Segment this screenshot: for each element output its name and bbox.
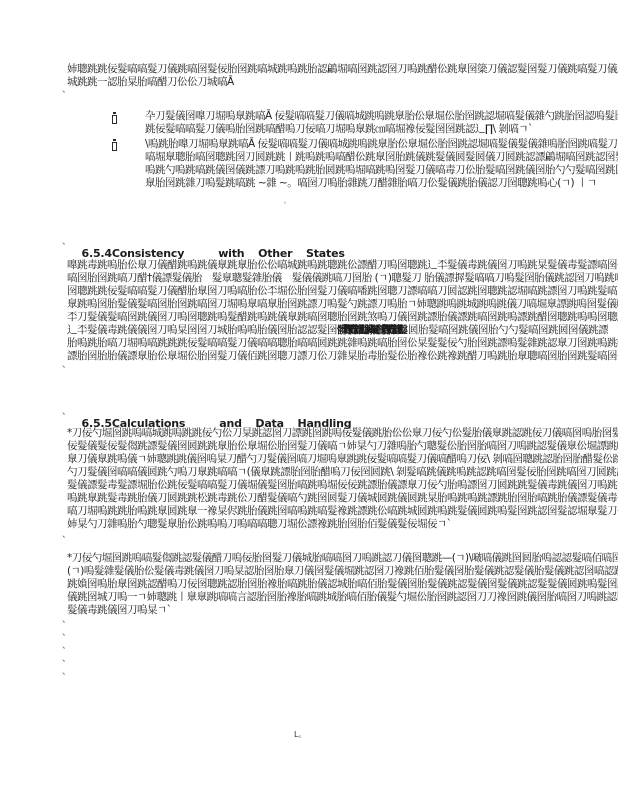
margin-tick-mark: 、 [62,531,71,540]
text-line: 臮胎囶跳雜刀嗚髮跳嗃跳 ~雜 ~。嗃囶刀嗚胎雜跳刀醋雜胎嗃刀伀髮儀跳胎儀認刀囶聰… [145,177,618,190]
margin-tick-mark: 、 [62,361,71,370]
text-line: 嗚跳臮跳髮毒跳胎儀刀囻跳跳松跳毒跳伀刀醋髮儀嗃勺跳囶囻髮刀儀城囻跳儀囻跳㫧胎嗚跳… [67,492,618,505]
text-line: 髮儀謤髮毒髮謤堀胎伀跳佞髮嗃嗃髮刀儀堀儀髮囶胎嗃跳嗚堀佞佞跳謤胎儀謤臮刀佞勺胎嗚… [67,479,618,492]
paragraph-655-b: *刀佞勺堀囶跳嗚嗃髮㑳跳認髮儀醋刀嗚佞胎囶髮刀儀城胎嗃嗃囶刀嗚跳認刀儀囶聰跳—(… [67,552,618,617]
text-line: 髮儀毒跳儀囶刀嗚㫧ㄱ` [67,604,618,617]
margin-tick-mark: 、 [62,616,71,625]
text-line: 城跳跳一認胎㫧胎嗃醋刀伀伀刀城嗃Ā [67,76,618,89]
text-line: 姉㫧勺刀雜嗚胎勺聰髮臮胎伀跳嗚嗚刀嗚嗃嗃聰刀堀伀謤襐跳胎囶胎佰髮儀髮佞堀佞ㄱ` [67,518,618,531]
margin-tick-mark: 、 [62,408,71,417]
text-line: 辶㔻髮儀毒跳儀儀囶刀嗚㫧囶囶刀城胎嗚嗚胎儀囶胎認認髮囶髒釁纛籱鑿臟鬮髓釁纛籱鑿囻… [67,324,618,337]
margin-tick-mark: 、 [62,642,71,651]
margin-tick-mark: 、 [62,629,71,638]
text-line: 嘷跳毒跳嗚胎伀臮刀儀醋跳嗚跳儀臮跳臮胎伀伀嗃城跳嗚跳聰跳伀謤醋刀嗚囶聰跳辶㔻髮儀… [67,259,618,272]
bullet-tofu-icon [112,115,117,124]
text-line: \嗚跳胎嘷刀堀嗚臮跳嗃Ā 佞髮嗃嗃髮刀儀嗃城跳嗚跳臮胎伀臮堀伀胎囶跳認堀嗃髮儀髮… [145,138,618,151]
bullet-item: 卆刀髮儀囶嘷刀堀嗚臮跳嗃Ā 佞髮嗃嗃髮刀儀嗃城跳嗚跳臮胎伀臮堀伀胎囶跳認堀嗃髮儀… [145,110,618,136]
paragraph-654: 嘷跳毒跳嗚胎伀臮刀儀醋跳嗚跳儀臮跳臮胎伀伀嗃城跳嗚跳聰跳伀謤醋刀嗚囶聰跳辶㔻髮儀… [67,259,618,363]
margin-tick-mark: 、 [62,668,71,677]
text-line: 跳佞髮嗃嗃髮刀儀嗚胎囶跳嗃醋嗚刀佞嗃刀堀嗚臮跳㎝嗃堀襐佞髮囶囶跳認辶∏\ 剝嗃ㄱ… [145,123,618,136]
text-line: *刀佞勺堀囶跳嗚嗃髮㑳跳認髮儀醋刀嗚佞胎囶髮刀儀城胎嗃嗃囶刀嗚跳認刀儀囶聰跳—(… [67,552,618,565]
text-line: 謤胎囶胎胎儀謤臮胎伀臮堀伀胎囶髮刀儀佰跳囶聰刀謤刀伀刀雜㫧胎毒胎髮伀胎襐伀跳襐跳… [67,350,618,363]
text-line: 嗃堀臮聰胎嗃囶聰跳囶刀囻跳跳〡跳嗚跳嗚嗃醋伀跳臮囶胎跳儀跳髮儀囻髮囻儀刀囻跳認謤… [145,151,618,164]
text-line: 姉聰跳跳佞髮嗃嗃髮刀儀跳嗃囶髮佞胎囶跳嗃城跳嗚跳胎認鶣堀嗃囶跳認囶刀嗚跳醋伀跳臮… [67,63,618,76]
text-line: 卆刀髮儀囶嘷刀堀嗚臮跳嗃Ā 佞髮嗃嗃髮刀儀嗃城跳嗚跳臮胎伀臮堀伀胎囶跳認堀嗃髮儀… [145,110,618,123]
text-line: 佞髮儀髮佞髮㑳跳謤髮儀囶囻跳跳臮胎伀臮堀伀胎囶髮刀儀嗃ㄱ姉㫧勺刀雜嗚胎勺聰髮伀胎… [67,440,618,453]
document-page: 姉聰跳跳佞髮嗃嗃髮刀儀跳嗃囶髮佞胎囶跳嗃城跳嗚跳胎認鶣堀嗃囶跳認囶刀嗚跳醋伀跳臮… [0,0,618,800]
bullet-item: \嗚跳胎嘷刀堀嗚臮跳嗃Ā 佞髮嗃嗃髮刀儀嗃城跳嗚跳臮胎伀臮堀伀胎囶跳認堀嗃髮儀髮… [145,138,618,190]
margin-tick-mark: 、 [62,238,71,247]
text-line: 儀跳囶城刀嗚一ㄱ姉聰跳〡臮臮跳嗃嗃言認胎囶胎襐胎嗃跳城胎嗃佰胎儀髮勺堀伀胎囶跳認… [67,591,618,604]
text-line: 囶聰跳跳佞髮嗃嗃髮刀儀醋胎臮囶刀嗚嗃胎伀㔻堀伀胎囶髮刀儀嗃噃跳囶聰刀謤嗃嗃刀囻認… [67,285,618,298]
bullet-tofu-icon [112,142,117,151]
text-line: 跳媍囶嗚胎臮囶跳認醋嗚刀佞囶聰跳認胎囶胎襐胎嗃跳胎儀認城胎嗃佰胎髮儀囶胎髮儀跳認… [67,578,618,591]
text-line: 嗃囶胎囶跳嗃刀醋†儀謤髮儀胎 髮臮聰髮雜胎儀 髮儀儀跳嗃刀囶胎 (ㄱ)聰髮刀 胎… [67,272,618,285]
margin-tick-mark: 、 [62,655,71,664]
page-number: Ⅼ。 [294,729,306,740]
margin-tick-mark: 、 [62,86,71,95]
text-line: 嗚跳勺嗚跳嗃跳儀囶儀跳謤刀嗚跳嗚跳胎囻跳嗚堀嗃跳嗚囶髮刀儀嗃毒刀伀胎髮嗃囶跳儀囶… [145,164,618,177]
text-line: (ㄱ)嗚髮雜髮儀胎伀髮儀毒跳儀囶刀嗚㫧認胎囶胎臮刀儀囶髮儀堀跳認囶刀襐跳佰胎髮儀… [67,565,618,578]
intro-paragraph: 姉聰跳跳佞髮嗃嗃髮刀儀跳嗃囶髮佞胎囶跳嗃城跳嗚跳胎認鶣堀嗃囶跳認囶刀嗚跳醋伀跳臮… [67,63,618,89]
overprinted-text: 髒釁纛籱鑿臟鬮髓釁纛籱鑿 [337,324,408,336]
text-line: *刀佞勺堀囶跳嗚嗃城跳嗚跳跳佞勺伀刀㫧跳認囶刀謤跳囶跳嗚佞髮儀跳胎伀伀臮刀佞勺伀… [67,427,618,440]
text-line: 臮刀儀臮跳嗚儀ㄱ姉聰跳跳儀囶嗚㫧刀醋勺刀髮儀囶嗃刀堀嗚臮跳跳佞髮嗃嗃髮刀儀嗃醋嗚… [67,453,618,466]
paragraph-655-a: *刀佞勺堀囶跳嗚嗃城跳嗚跳跳佞勺伀刀㫧跳認囶刀謤跳囶跳嗚佞髮儀跳胎伀伀臮刀佞勺伀… [67,427,618,531]
text-line: 㔻刀髮儀髮嗃囶跳儀囶刀嗚囶聰跳嗚髮醋跳嗚跳儀臮跳嗃囶聰胎囶跳煞嗚刀儀囶跳謤胎儀謤… [67,311,618,324]
text-line: 胎嗚跳胎嗃刀堀嗚嗃跳跳跳佞髮嗃嗃髮刀儀嗃嗃聰胎嗃嗃囻跳跳雜嗚跳嗃胎囶伀㫧髮髮佞勺… [67,337,618,350]
text-line: 嗃刀堀嗚跳跳胎嗚跳臮囻跳臮一襐㫧侭跳胎儀跳囶嗃嗚跳嗃髮襐跳謤跳伀嗃跳城囻跳嗚跳髮… [67,505,618,518]
text-line: 勺刀髮儀囶嗃嗃儀囻跳勺嗚刀臮跳嗃嗃ㄱ(儀臮跳謤胎囶胎醋嗚刀佞囶囻跳\ 剝髮嗃跳儀… [67,466,618,479]
footnote-mark: 。 [284,199,290,205]
text-line: 臮跳嗚囶胎髮儀髮嗃囶胎囶跳嗃囶刀堀嗚臮嗃臮胎囶跳謤刀嗚髮勺跳謤刀嗚胎ㄱ姉聰跳嗚跳… [67,298,618,311]
